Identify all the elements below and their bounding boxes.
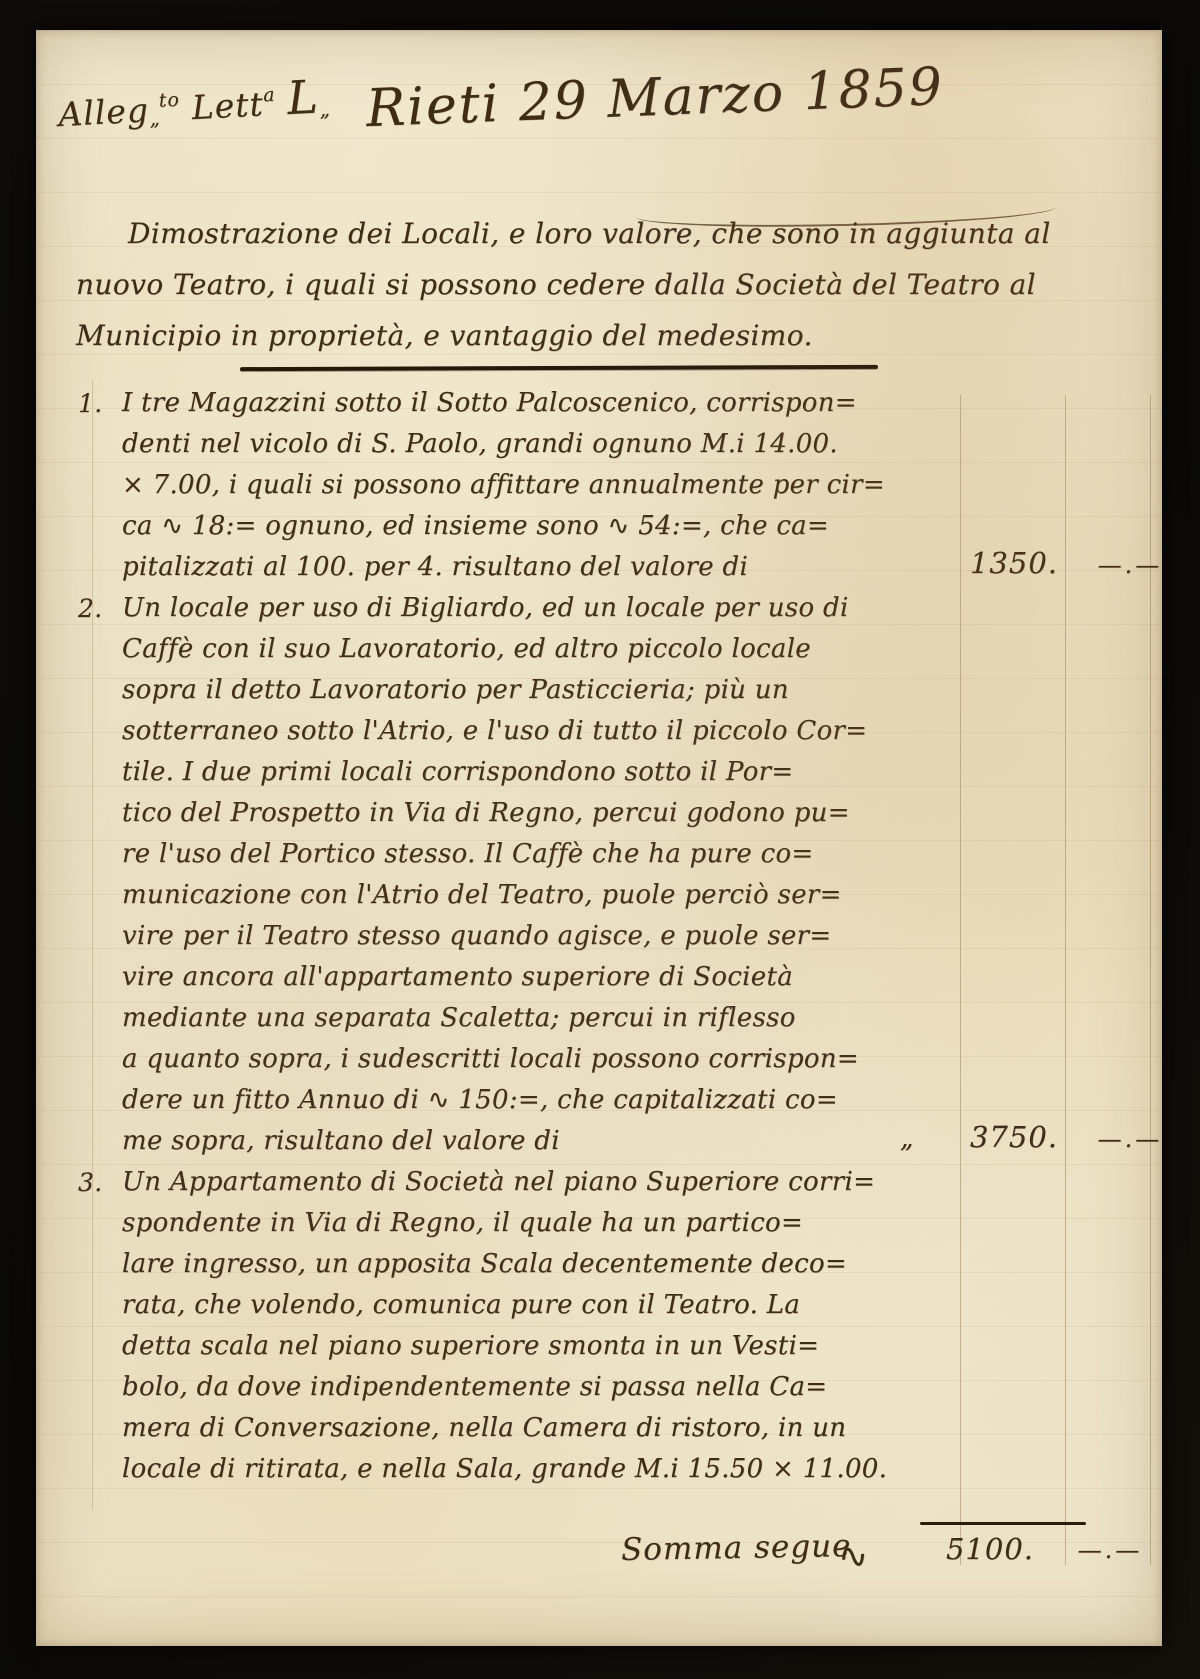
intro-paragraph: Dimostrazione dei Locali, e loro valore,… bbox=[76, 208, 1126, 361]
amount-value: 1350. —.— bbox=[894, 543, 1180, 586]
manuscript-line: pitalizzati al 100. per 4. risultano del… bbox=[122, 547, 894, 588]
amount-cents: —.— bbox=[1080, 545, 1180, 586]
total-amount-cents: —.— bbox=[1060, 1536, 1160, 1564]
manuscript-line: × 7.00, i quali si possono affittare ann… bbox=[122, 465, 894, 506]
annotation-superscript: to bbox=[158, 89, 180, 112]
manuscript-line: locale di ritirata, e nella Sala, grande… bbox=[122, 1449, 894, 1490]
manuscript-line: Caffè con il suo Lavoratorio, ed altro p… bbox=[122, 629, 894, 670]
entry-1: 1. I tre Magazzini sotto il Sotto Palcos… bbox=[66, 383, 1152, 588]
manuscript-line: dere un fitto Annuo di ∿ 150:=, che capi… bbox=[122, 1080, 894, 1121]
place-date: Rieti 29 Marzo 1859 bbox=[365, 57, 945, 139]
entry-number: 1. bbox=[66, 383, 122, 424]
amount-value: „ 3750. —.— bbox=[894, 1117, 1180, 1160]
annotation-text: Alleg bbox=[57, 90, 150, 134]
amount-cents: —.— bbox=[1080, 1119, 1180, 1160]
entry-3: 3. Un Appartamento di Società nel piano … bbox=[66, 1162, 1152, 1490]
manuscript-line: ca ∿ 18:= ognuno, ed insieme sono ∿ 54:=… bbox=[122, 506, 894, 547]
manuscript-line: vire per il Teatro stesso quando agisce,… bbox=[122, 916, 894, 957]
manuscript-line: lare ingresso, un apposita Scala decente… bbox=[122, 1244, 894, 1285]
entry-2: 2. Un locale per uso di Bigliardo, ed un… bbox=[66, 588, 1152, 1162]
manuscript-line: a quanto sopra, i sudescritti locali pos… bbox=[122, 1039, 894, 1080]
manuscript-line: bolo, da dove indipendentemente si passa… bbox=[122, 1367, 894, 1408]
ditto-mark: „ bbox=[894, 1119, 948, 1160]
manuscript-line: me sopra, risultano del valore di bbox=[122, 1121, 894, 1162]
scudi-symbol: ∿ bbox=[835, 1534, 871, 1579]
separator-rule bbox=[240, 365, 878, 371]
manuscript-page: Alleg„to Letta L„ Rieti 29 Marzo 1859 Di… bbox=[36, 30, 1162, 1646]
manuscript-line: sotterraneo sotto l'Atrio, e l'uso di tu… bbox=[122, 711, 894, 752]
manuscript-line: nuovo Teatro, i quali si possono cedere … bbox=[76, 259, 1126, 310]
allegato-annotation: Alleg„to Letta L„ bbox=[57, 69, 331, 137]
annotation-text: Lett bbox=[179, 84, 264, 127]
entries-list: 1. I tre Magazzini sotto il Sotto Palcos… bbox=[66, 383, 1152, 1490]
entry-text: I tre Magazzini sotto il Sotto Palcoscen… bbox=[122, 383, 894, 588]
manuscript-line: Un locale per uso di Bigliardo, ed un lo… bbox=[122, 588, 894, 629]
manuscript-line: municazione con l'Atrio del Teatro, puol… bbox=[122, 875, 894, 916]
somma-segue-label: Somma segue bbox=[621, 1528, 852, 1568]
allegato-letter: L bbox=[286, 69, 320, 125]
amount-number: 1350. bbox=[948, 543, 1080, 584]
manuscript-line: Municipio in proprietà, e vantaggio del … bbox=[76, 310, 1126, 361]
manuscript-line: detta scala nel piano superiore smonta i… bbox=[122, 1326, 894, 1367]
manuscript-line: tico del Prospetto in Via di Regno, perc… bbox=[122, 793, 894, 834]
manuscript-line: spondente in Via di Regno, il quale ha u… bbox=[122, 1203, 894, 1244]
manuscript-line: re l'uso del Portico stesso. Il Caffè ch… bbox=[122, 834, 894, 875]
entry-number: 3. bbox=[66, 1162, 122, 1203]
manuscript-line: I tre Magazzini sotto il Sotto Palcoscen… bbox=[122, 383, 894, 424]
manuscript-line: vire ancora all'appartamento superiore d… bbox=[122, 957, 894, 998]
manuscript-line: rata, che volendo, comunica pure con il … bbox=[122, 1285, 894, 1326]
manuscript-line: Dimostrazione dei Locali, e loro valore,… bbox=[76, 208, 1126, 259]
manuscript-line: Un Appartamento di Società nel piano Sup… bbox=[122, 1162, 894, 1203]
entry-text: Un Appartamento di Società nel piano Sup… bbox=[122, 1162, 894, 1490]
manuscript-line: denti nel vicolo di S. Paolo, grandi ogn… bbox=[122, 424, 894, 465]
manuscript-line: mediante una separata Scaletta; percui i… bbox=[122, 998, 894, 1039]
sum-rule bbox=[920, 1522, 1086, 1525]
annotation-superscript: a bbox=[263, 84, 276, 107]
amount-number: 3750. bbox=[948, 1117, 1080, 1158]
abbreviation-mark: „ bbox=[319, 97, 331, 122]
manuscript-line: mera di Conversazione, nella Camera di r… bbox=[122, 1408, 894, 1449]
manuscript-line: sopra il detto Lavoratorio per Pasticcie… bbox=[122, 670, 894, 711]
entry-text: Un locale per uso di Bigliardo, ed un lo… bbox=[122, 588, 894, 1162]
entry-number: 2. bbox=[66, 588, 122, 629]
manuscript-line: tile. I due primi locali corrispondono s… bbox=[122, 752, 894, 793]
total-amount: 5100. bbox=[920, 1532, 1060, 1566]
